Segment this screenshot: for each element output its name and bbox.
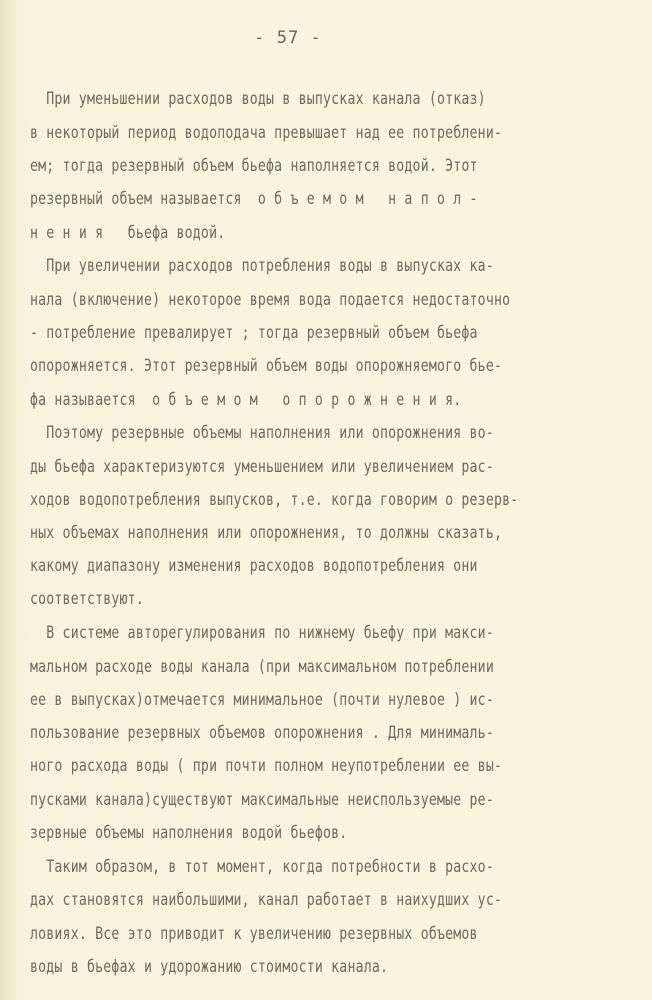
text-line: При уменьшении расходов воды в выпусках … bbox=[30, 90, 486, 109]
text-line: ловиях. Все это приводит к увеличению ре… bbox=[30, 925, 478, 944]
text-line: опорожняется. Этот резервный объем воды … bbox=[30, 357, 502, 376]
text-line: резервный объем называется о б ъ е м о м… bbox=[30, 190, 478, 209]
page-number-text: - 57 - bbox=[254, 28, 321, 48]
text-line: ных объемах наполнения или опорожнения, … bbox=[30, 524, 502, 543]
text-line: какому диапазону изменения расходов водо… bbox=[30, 557, 478, 576]
text-line: ного расхода воды ( при почти полном неу… bbox=[30, 757, 502, 776]
text-line: пусками канала)существуют максимальные н… bbox=[30, 791, 494, 810]
text-line: При увеличении расходов потребления воды… bbox=[30, 257, 494, 276]
document-page: - 57 - При уменьшении расходов воды в вы… bbox=[0, 0, 652, 1000]
text-line: ды бьефа характеризуются уменьшением или… bbox=[30, 458, 494, 477]
page-number: - 57 - bbox=[0, 28, 652, 48]
text-line: пользование резервных объемов опорожнени… bbox=[30, 724, 494, 743]
text-line: воды в бьефах и удорожанию стоимости кан… bbox=[30, 958, 388, 977]
text-line: ее в выпусках)отмечается минимальное (по… bbox=[30, 691, 494, 710]
text-line: - потребление превалирует ; тогда резерв… bbox=[30, 324, 478, 343]
text-line: мальном расходе воды канала (при максима… bbox=[30, 658, 494, 677]
text-line: нала (включение) некоторое время вода по… bbox=[30, 291, 510, 310]
text-line: фа называется о б ъ е м о м о п о р о ж … bbox=[30, 391, 461, 410]
text-line: н е н и я бьефа водой. bbox=[30, 224, 225, 243]
text-line: Поэтому резервные объемы наполнения или … bbox=[30, 424, 494, 443]
text-line: ходов водопотребления выпусков, т.е. ког… bbox=[30, 491, 518, 510]
text-line: ем; тогда резервный объем бьефа наполняе… bbox=[30, 157, 478, 176]
text-line: зервные объемы наполнения водой бьефов. bbox=[30, 824, 347, 843]
text-line: соответствуют. bbox=[30, 590, 144, 609]
text-line: В системе авторегулирования по нижнему б… bbox=[30, 624, 494, 643]
text-line: Таким образом, в тот момент, когда потре… bbox=[30, 858, 494, 877]
text-line: дах становятся наибольшими, канал работа… bbox=[30, 891, 502, 910]
text-line: в некоторый период водоподача превышает … bbox=[30, 124, 502, 143]
